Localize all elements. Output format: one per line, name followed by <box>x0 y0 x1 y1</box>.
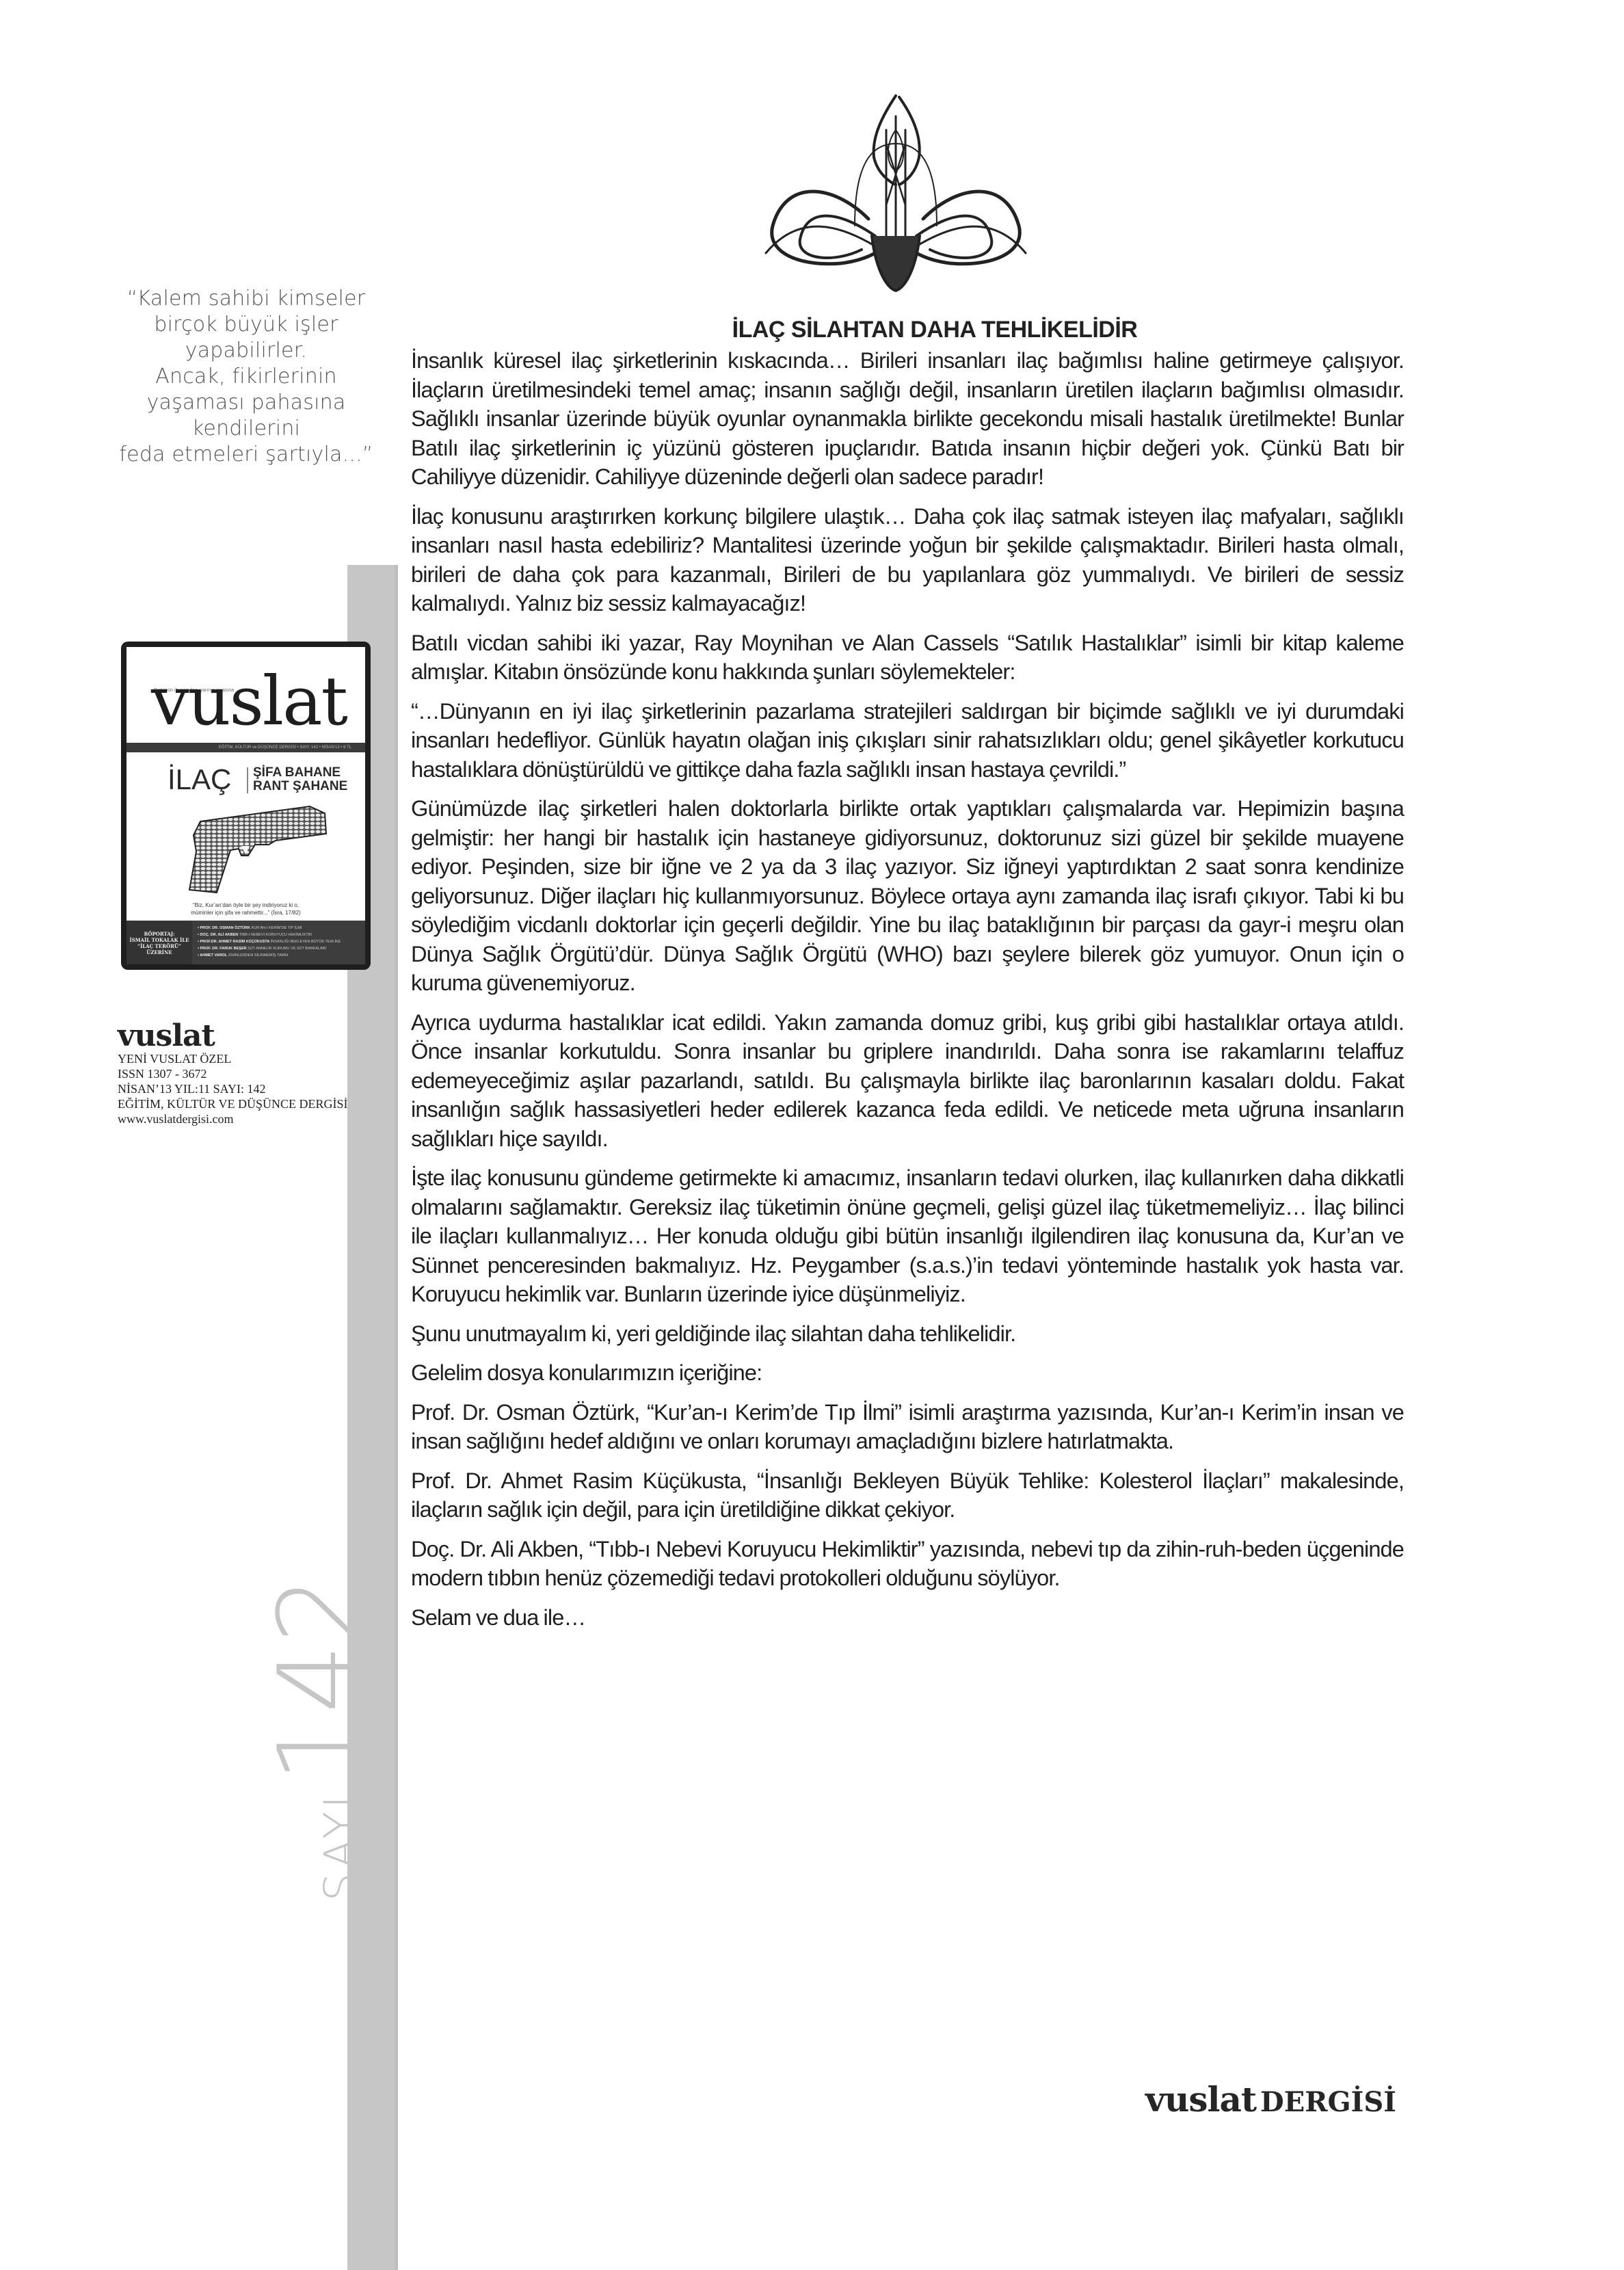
issue-number: 142 <box>254 1574 382 1783</box>
interview-line: “İLAÇ TERÖRÜ” <box>129 943 189 949</box>
article-paragraph: Prof. Dr. Osman Öztürk, “Kur’an-ı Kerim’… <box>411 1398 1404 1456</box>
issue-label: SAYI <box>315 1793 367 1901</box>
cover-divider <box>247 767 248 793</box>
cover-contents-item: • AHMET VAROL ZİHİNLERDEN SİLİNMEMİŞ TAR… <box>198 952 341 959</box>
cover-headline-line: RANT ŞAHANE <box>253 780 347 793</box>
article-paragraph: Günümüzde ilaç şirketleri halen doktorla… <box>411 794 1404 998</box>
interview-line: ÜZERİNE <box>129 949 189 955</box>
signature-brand: vuslat <box>1145 2079 1256 2120</box>
cover-ilac-heading: İLAÇ <box>168 763 231 796</box>
quote-line: kendilerini <box>103 416 390 442</box>
interview-line: RÖPORTAJ: <box>129 931 189 937</box>
colophon: vuslat YENİ VUSLAT ÖZEL ISSN 1307 - 3672… <box>118 1021 348 1126</box>
interview-line: İSMAİL TOKALAK İLE <box>129 937 189 943</box>
decorative-gray-band-edge <box>395 565 398 2270</box>
quote-line: Ancak, fikirlerinin <box>103 364 390 390</box>
cover-headline-line: ŞİFA BAHANE <box>253 766 347 780</box>
article-paragraph: Ayrıca uydurma hastalıklar icat edildi. … <box>411 1008 1404 1154</box>
cover-contents-item: • PROF.DR. AHMET RASİM KÜÇÜKUSTA İNSANLI… <box>198 938 341 945</box>
article-paragraph: Gelelim dosya konularımızın içeriğine: <box>411 1358 1404 1388</box>
article-paragraph: Prof. Dr. Ahmet Rasim Küçükusta, “İnsanl… <box>411 1466 1404 1525</box>
cover-masthead: vuslat <box>151 668 347 736</box>
article-paragraph: İşte ilaç konusunu gündeme getirmekte ki… <box>411 1163 1404 1309</box>
colophon-line: EĞİTİM, KÜLTÜR VE DÜŞÜNCE DERGİSİ <box>118 1096 348 1111</box>
pill-gun-illustration <box>173 801 330 897</box>
cover-contents-item: • DOÇ. DR. ALİ AKBEN TIBB-I NEBEVİ KORUY… <box>198 932 341 938</box>
quote-line: birçok büyük işler <box>103 312 390 338</box>
cover-verse-line: “Biz, Kur’an’dan öyle bir şey indiriyoru… <box>127 901 365 909</box>
issue-number-vertical: SAYI142 <box>254 1574 382 1901</box>
cover-bottom-panel: RÖPORTAJ: İSMAİL TOKALAK İLE “İLAÇ TERÖR… <box>127 921 365 964</box>
article-paragraph: Batılı vicdan sahibi iki yazar, Ray Moyn… <box>411 629 1404 687</box>
article-title: İLAÇ SİLAHTAN DAHA TEHLİKELİDİR <box>411 315 1404 345</box>
colophon-brand: vuslat <box>118 1021 348 1051</box>
article-closing: Selam ve dua ile… <box>411 1603 1404 1633</box>
cover-contents-item: • PROF. DR. OSMAN ÖZTÜRK KUR’AN-I KERİM’… <box>198 925 341 932</box>
cover-headline: ŞİFA BAHANE RANT ŞAHANE <box>253 766 347 793</box>
calligraphy-ornament-icon <box>759 89 1033 294</box>
quote-line: yapabilirler. <box>103 338 390 364</box>
colophon-line: ISSN 1307 - 3672 <box>118 1066 348 1081</box>
quote-line: “Kalem sahibi kimseler <box>103 286 390 312</box>
article-paragraph: İlaç konusunu araştırırken korkunç bilgi… <box>411 502 1404 618</box>
magazine-cover-image: Bugünün ihyasından, yarının inşasına vus… <box>121 642 371 970</box>
cover-contents-list: • PROF. DR. OSMAN ÖZTÜRK KUR’AN-I KERİM’… <box>198 925 341 959</box>
signature-suffix: DERGİSİ <box>1260 2086 1396 2118</box>
cover-verse: “Biz, Kur’an’dan öyle bir şey indiriyoru… <box>127 901 365 916</box>
cover-interview-box: RÖPORTAJ: İSMAİL TOKALAK İLE “İLAÇ TERÖR… <box>127 921 192 964</box>
cover-verse-line: müminler için şifa ve rahmettir...” (İsr… <box>127 909 365 916</box>
editorial-article: İLAÇ SİLAHTAN DAHA TEHLİKELİDİR İnsanlık… <box>411 315 1404 1642</box>
signature: vuslatDERGİSİ <box>1145 2079 1396 2120</box>
article-paragraph: Şunu unutmayalım ki, yeri geldiğinde ila… <box>411 1319 1404 1349</box>
article-paragraph: Doç. Dr. Ali Akben, “Tıbb-ı Nebevi Koruy… <box>411 1535 1404 1593</box>
colophon-line: YENİ VUSLAT ÖZEL <box>118 1051 348 1066</box>
cover-info-strip: EĞİTİM, KÜLTÜR ve DÜŞÜNCE DERGİSİ • SAYI… <box>127 743 365 752</box>
colophon-line: NİSAN’13 YIL:11 SAYI: 142 <box>118 1081 348 1096</box>
sidebar-quote: “Kalem sahibi kimseler birçok büyük işle… <box>103 286 390 468</box>
colophon-website: www.vuslatdergisi.com <box>118 1111 348 1126</box>
cover-contents-item: • PROF. DR. FARUK BEŞER SÜT ANNELİK KURU… <box>198 945 341 952</box>
quote-line: feda etmeleri şartıyla...” <box>103 442 390 468</box>
quote-line: yaşaması pahasına <box>103 390 390 416</box>
article-quote-paragraph: “…Dünyanın en iyi ilaç şirketlerinin paz… <box>411 697 1404 784</box>
article-paragraph: İnsanlık küresel ilaç şirketlerinin kısk… <box>411 346 1404 492</box>
